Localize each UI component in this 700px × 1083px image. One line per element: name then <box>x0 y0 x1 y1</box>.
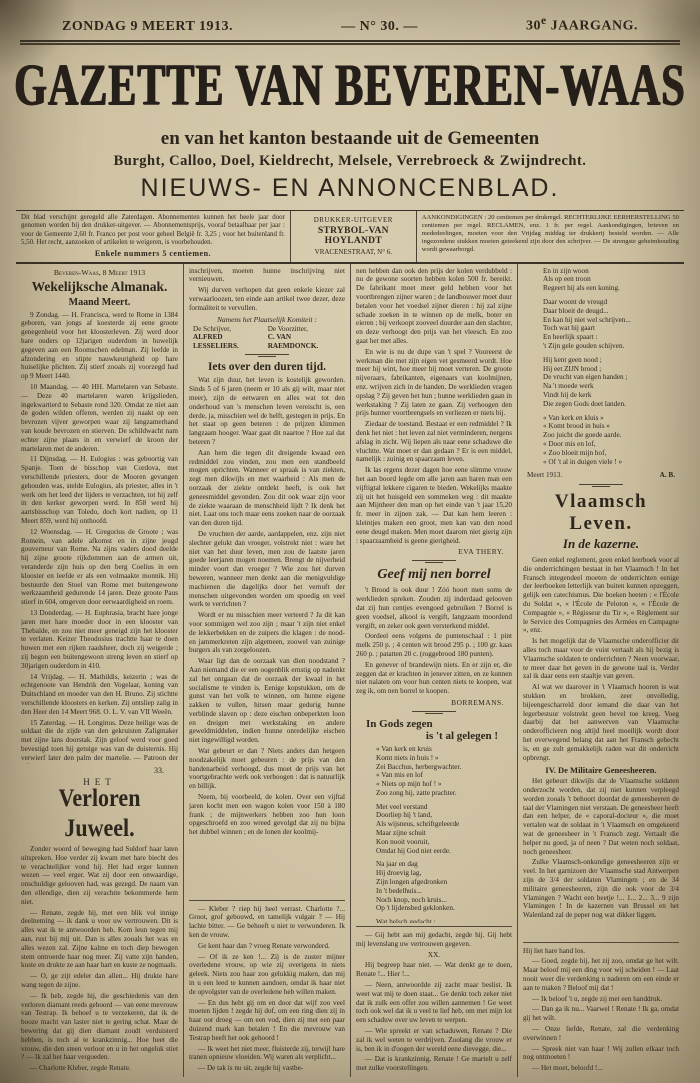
column-3-bottom: — Gij hebt aan mij gedacht, zegde hij. G… <box>356 923 512 1075</box>
article-paragraph: — O, ge zijt edeler dan allen... Hij dru… <box>21 972 178 990</box>
article-paragraph: — Dan ga ik nu... Vaarwel ! Renate ! Ik … <box>523 1005 679 1023</box>
newspaper-title: GAZETTE VAN BEVEREN-WAAS <box>14 52 685 120</box>
section-heading: Wekelijksche Almanak. <box>21 279 178 295</box>
issue-number: — N° 30. — <box>341 19 418 35</box>
article-paragraph: — Kleber ? riep hij heel verrast. Charlo… <box>189 905 345 940</box>
article-paragraph: Ik las ergens dezer dagen hoe eene slimm… <box>356 466 512 545</box>
article-paragraph-continuation: nen hebben dan ook den prijs der kolen v… <box>356 267 512 346</box>
signature: BORREMANS. <box>356 698 512 707</box>
poem-stanza: Daar woont de vreugdDaar bloeit de deugd… <box>523 298 679 351</box>
signature-cell: A. B. <box>660 471 675 480</box>
publisher-address: VRACENESTRAAT, N° 6. <box>296 248 411 256</box>
article-paragraph: Zulke Vlaamsch-onkundige geneesheeren zi… <box>523 858 679 920</box>
issue-date: ZONDAG 9 MEERT 1913. <box>62 19 233 35</box>
article-paragraph: — Goed, zegde hij, het zij zoo, omdat ge… <box>523 957 679 992</box>
header-topline: ZONDAG 9 MEERT 1913. — N° 30. — 30e JAAR… <box>14 14 686 35</box>
signature-cell: De Schrijver,ALFRED LESSELIERS. <box>193 325 268 351</box>
article-paragraph: — En dus hebt gij om en door dat wijf zo… <box>189 999 345 1043</box>
article-paragraph: Hij begreep haar niet. — Wat denkt ge te… <box>356 961 512 979</box>
feuilleton-rule <box>189 900 345 901</box>
article-paragraph: Wij durven verhopen dat geen enkele kiez… <box>189 286 345 312</box>
article-paragraph: — Ik heb, zegde hij, die geschiedenis va… <box>21 992 178 1062</box>
publisher-role: DRUKKER-UITGEVER <box>296 216 411 224</box>
masthead-subtitle: en van het kanton bestaande uit de Gemee… <box>14 128 686 150</box>
subscription-info: Dit blad verschijnt geregeld alle Zaterd… <box>16 211 290 261</box>
column-4-bottom: Hij liet hare hand los.— Goed, zegde hij… <box>523 939 679 1075</box>
article-heading-vlaamsch-leven: Vlaamsch Leven. <box>523 491 679 535</box>
article-paragraph: Ziedaar de toestand. Bestaat er een redm… <box>356 420 512 464</box>
article-paragraph: Geen enkel reglement, geen enkel leerboe… <box>523 556 679 635</box>
publisher-name: STRYBOL-VAN HOYLANDT <box>296 226 411 246</box>
signature-cell: De Voorzitter,C. VAN RAEMDONCK. <box>268 325 341 351</box>
article-paragraph: 15 Zaterdag. — H. Longinus. Deze heilige… <box>21 719 178 765</box>
column-1: Beveren-Waas, 8 Meert 1913Wekelijksche A… <box>16 264 183 1077</box>
article-paragraph: En wie is nu de dupe van 't spel ? Voore… <box>356 348 512 418</box>
article-paragraph: Aan hem die tegen dit dreigende kwaad ee… <box>189 449 345 528</box>
article-paragraph: — Ik beloof 't u, zegde zij met een hand… <box>523 995 679 1004</box>
column-2: inschrijven, moeten hunne inschrijving n… <box>183 264 350 1077</box>
masthead-municipalities: Burght, Calloo, Doel, Kieldrecht, Melsel… <box>14 153 686 170</box>
masthead-tagline: NIEUWS- EN ANNONCENBLAD. <box>14 174 686 203</box>
article-paragraph: Waar ligt dan de oorzaak van dien noodst… <box>189 657 345 745</box>
article-paragraph: 't Brood is ook duur ! Zóó hoort men som… <box>356 586 512 630</box>
article-paragraph: Zonder woord of beweging had Suldorf haa… <box>21 845 178 907</box>
article-paragraph: — Neen, antwoordde zij zacht maar beslis… <box>356 981 512 1025</box>
signature: EVA THERY. <box>356 547 512 556</box>
header-rule <box>20 40 680 42</box>
feuilleton-rule <box>523 942 679 943</box>
advertising-text: AANKONDIGINGEN : 20 centiemen per drukre… <box>422 214 679 253</box>
column-2-bottom: — Kleber ? riep hij heel verrast. Charlo… <box>189 897 345 1075</box>
article-paragraph: — Onze liefde, Renate, zal die verdenkin… <box>523 1025 679 1043</box>
column-4-top: En in zijn woonAls op een troonRegeert h… <box>523 267 679 939</box>
article-paragraph: 10 Maandag. — 40 HH. Martelaren van Seba… <box>21 383 178 453</box>
poem-stanza: Na jaar en dagHij droevig lag,Zijn longe… <box>356 860 512 913</box>
article-paragraph: Wordt er nu misschien meer verteerd ? Ja… <box>189 611 345 655</box>
column-1-bottom: 33.HETVerloren Juweel.Zonder woord of be… <box>21 764 178 1075</box>
ornament-divider <box>412 560 456 563</box>
article-paragraph: Neem, bij voorbeeld, de kolen. Over een … <box>189 793 345 837</box>
signature-row: Meert 1913.A. B. <box>523 471 679 480</box>
article-heading-two-line: In Gods zegenis 't al gelegen ! <box>356 718 512 742</box>
article-paragraph: Het gebeurt dikwijls dat de Vlaamsche so… <box>523 777 679 856</box>
ornament-divider <box>245 354 289 357</box>
article-paragraph: 12 Woensdag. — H. Gregorius de Groote ; … <box>21 528 178 607</box>
section-subheading: Maand Meert. <box>21 297 178 308</box>
column-3: nen hebben dan ook den prijs der kolen v… <box>350 264 517 1077</box>
poem-stanza: « Van kerk en kluis »« Komt brood in hui… <box>523 414 679 467</box>
single-issue-price: Enkele nummers 5 centiemen. <box>21 250 285 258</box>
article-paragraph: — Spreek niet van haar ! Wij zullen elka… <box>523 1045 679 1063</box>
poem-stanza: Met veel verstandDoorliep hij 't land,Al… <box>356 803 512 856</box>
infobar: Dit blad verschijnt geregeld alle Zaterd… <box>16 211 684 263</box>
signature-cell: Meert 1913. <box>527 471 562 480</box>
poem-stanza: Hij kent geen nood ;Hij eet ZIJN brood ;… <box>523 356 679 409</box>
feuilleton-title: Verloren Juweel. <box>21 783 178 843</box>
ornament-divider <box>579 484 623 487</box>
signoff-intro: Namens het Plaatselijk Komiteit : <box>189 315 345 324</box>
centered-line: XX. <box>356 951 512 960</box>
poem-stanza: En in zijn woonAls op een troonRegeert h… <box>523 267 679 293</box>
article-paragraph: — Het moet, beloofd !... <box>523 1064 679 1073</box>
article-columns: Beveren-Waas, 8 Meert 1913Wekelijksche A… <box>16 264 684 1077</box>
article-paragraph: — Of ik ze ken !... Zij is de zuster mij… <box>189 953 345 997</box>
ornament-divider <box>412 711 456 714</box>
article-paragraph: Is het mogelijk dat de Vlaamsche onderof… <box>523 637 679 681</box>
article-paragraph-continuation: Hij liet hare hand los. <box>523 947 679 956</box>
article-paragraph: De vruchten der aarde, aardappelen, enz.… <box>189 530 345 609</box>
column-2-top: inschrijven, moeten hunne inschrijving n… <box>189 267 345 897</box>
heading-line: In Gods zegen <box>356 718 512 730</box>
article-paragraph: — Gij hebt aan mij gedacht, zegde hij. G… <box>356 931 512 949</box>
poem-stanza: « Van kerk en kruisKomt niets in huis ! … <box>356 745 512 798</box>
article-paragraph: — Charlotte Kleber, zegde Renate. <box>21 1064 178 1073</box>
newspaper-page: ZONDAG 9 MEERT 1913. — N° 30. — 30e JAAR… <box>0 0 700 1083</box>
dateline: Beveren-Waas, 8 Meert 1913 <box>21 268 178 277</box>
article-paragraph: — De tak is nu uit, zegde hij vastbe- <box>189 1064 345 1073</box>
feuilleton-number: 33. <box>21 766 178 775</box>
feuilleton-rule <box>356 926 512 927</box>
signature-row: De Schrijver,ALFRED LESSELIERS.De Voorzi… <box>189 325 345 351</box>
article-paragraph: Oordeel eens volgens de puntenschaal : 1… <box>356 632 512 658</box>
article-paragraph: — Wie spreekt er van schaduwen, Renate ?… <box>356 1027 512 1053</box>
article-paragraph: 11 Dijnsdag. — H. Eulogius : was geboort… <box>21 455 178 525</box>
column-3-top: nen hebben dan ook den prijs der kolen v… <box>356 267 512 923</box>
article-paragraph: 13 Donderdag. — H. Euphrasia, bracht har… <box>21 609 178 671</box>
column-4: En in zijn woonAls op een troonRegeert h… <box>517 264 684 1077</box>
article-paragraph: En genever of brandewijn niets. En er zi… <box>356 661 512 696</box>
article-paragraph: Ge kent haar dan ? vroeg Renate verwonde… <box>189 942 345 951</box>
article-heading-italic: In de kazerne. <box>523 536 679 552</box>
article-paragraph: — Renate, zegde hij, met een blik vol in… <box>21 909 178 971</box>
article-paragraph: — Dat is krankzinnig, Renate ! Ge martel… <box>356 1055 512 1073</box>
article-paragraph: Wat gebeurt er dan ? Niets anders dan he… <box>189 747 345 791</box>
article-paragraph: Wat zijn duur, het leven is kostelijk ge… <box>189 376 345 446</box>
publisher-info: DRUKKER-UITGEVER STRYBOL-VAN HOYLANDT VR… <box>290 211 417 261</box>
issue-volume: 30e JAARGANG. <box>526 14 638 35</box>
article-paragraph-continuation: inschrijven, moeten hunne inschrijving n… <box>189 267 345 285</box>
column-1-top: Beveren-Waas, 8 Meert 1913Wekelijksche A… <box>21 267 178 764</box>
article-heading: Iets over den duren tijd. <box>189 361 345 373</box>
article-paragraph: 14 Vrijdag. — H. Mathildis, keizerin ; w… <box>21 673 178 717</box>
heading-line: is 't al gelegen ! <box>356 730 512 742</box>
article-paragraph: — Ik weet het niet meer, fluisterde zij,… <box>189 1045 345 1063</box>
article-subheading: IV. De Militaire Geneesheeren. <box>523 765 679 775</box>
article-paragraph: Al wat we daarover in 't Vlaamsch hooren… <box>523 683 679 762</box>
article-heading-borrel: Geef mij nen borrel <box>356 567 512 583</box>
subscription-text: Dit blad verschijnt geregeld alle Zaterd… <box>21 214 285 246</box>
masthead: GAZETTE VAN BEVEREN-WAAS <box>14 50 686 122</box>
article-paragraph: 9 Zondag. — H. Francisca, werd te Rome i… <box>21 311 178 381</box>
advertising-info: AANKONDIGINGEN : 20 centiemen per drukre… <box>417 211 684 261</box>
